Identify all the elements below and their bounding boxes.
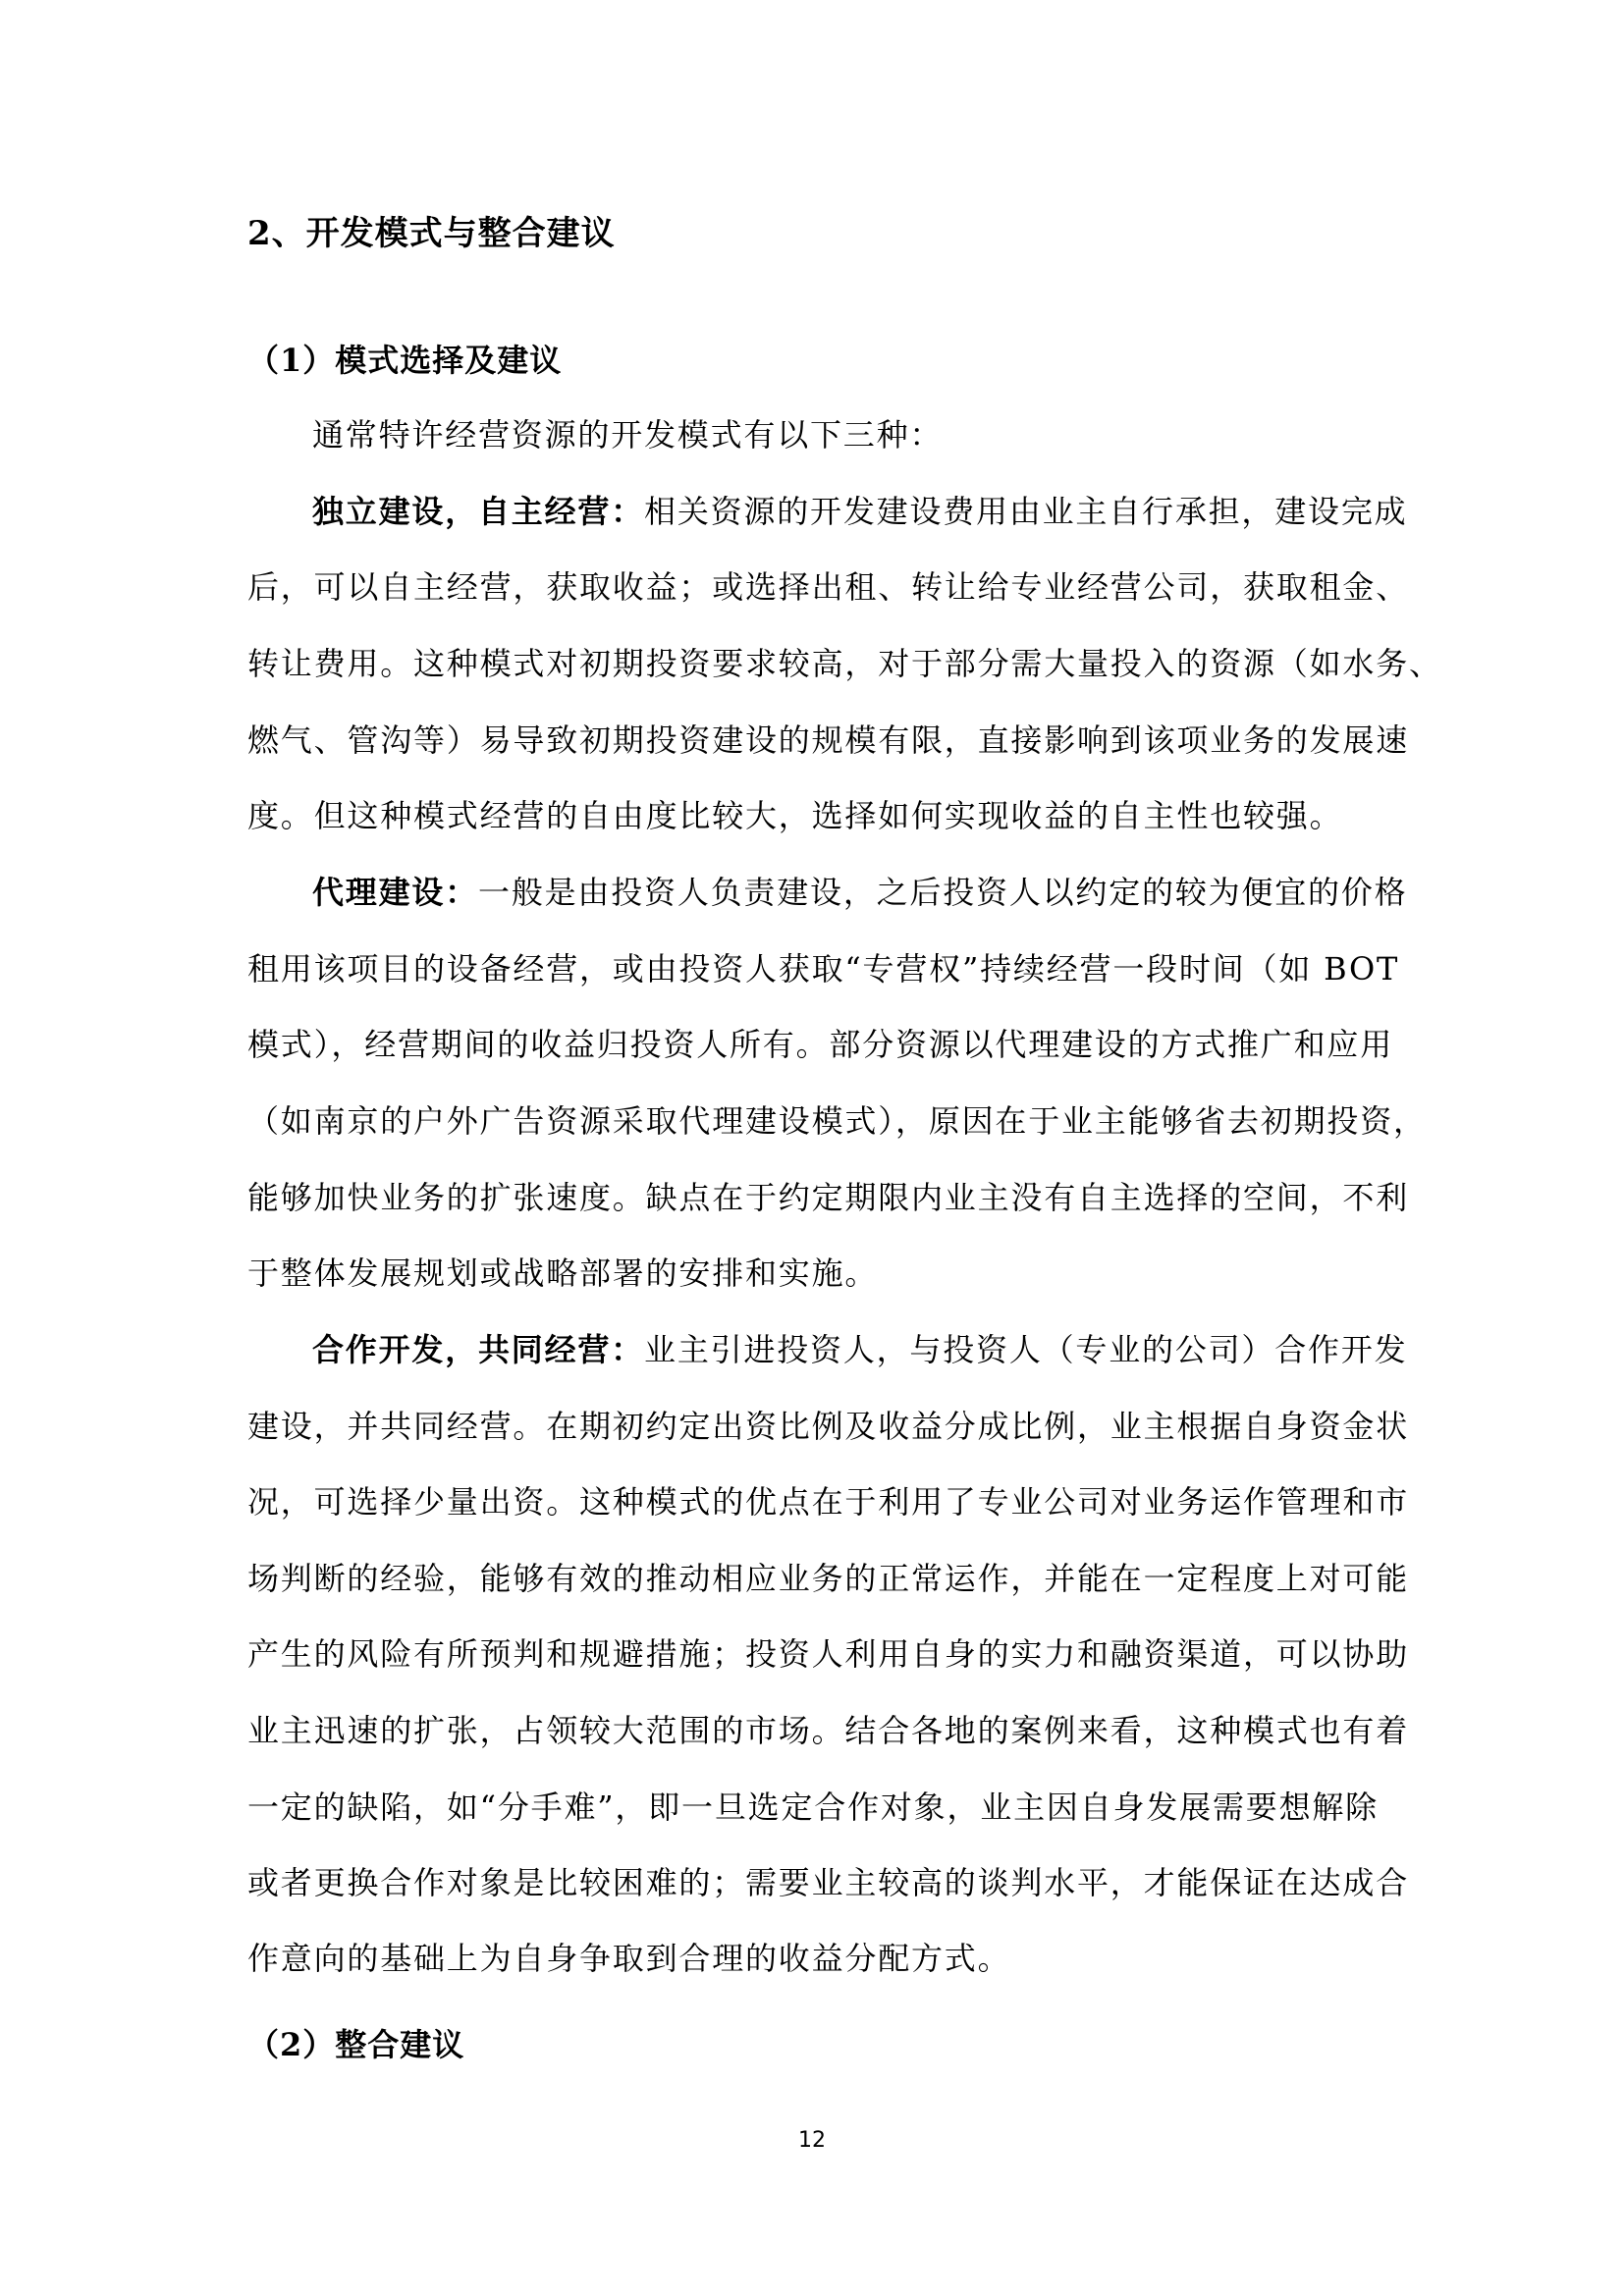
- intro-paragraph: 通常特许经营资源的开发模式有以下三种：: [312, 415, 1379, 454]
- mode-3-line: 业主引进投资人，与投资人（专业的公司）合作开发: [644, 1331, 1407, 1368]
- mode-3-line: 场判断的经验，能够有效的推动相应业务的正常运作，并能在一定程度上对可能: [247, 1559, 1379, 1598]
- document-page: 2、开发模式与整合建议 （1）模式选择及建议 通常特许经营资源的开发模式有以下三…: [0, 0, 1624, 2296]
- mode-1-title: 独立建设，自主经营：: [312, 493, 644, 530]
- mode-3-line: 产生的风险有所预判和规避措施；投资人利用自身的实力和融资渠道，可以协助: [247, 1634, 1379, 1674]
- mode-1-line: 度。但这种模式经营的自由度比较大，选择如何实现收益的自主性也较强。: [247, 796, 1379, 835]
- mode-3-paragraph-first-line: 合作开发，共同经营：业主引进投资人，与投资人（专业的公司）合作开发: [312, 1330, 1379, 1369]
- mode-2-line: 于整体发展规划或战略部署的安排和实施。: [247, 1254, 1379, 1293]
- mode-3-line: 业主迅速的扩张，占领较大范围的市场。结合各地的案例来看，这种模式也有着: [247, 1711, 1379, 1750]
- mode-2-line: 模式），经营期间的收益归投资人所有。部分资源以代理建设的方式推广和应用: [247, 1025, 1379, 1064]
- mode-1-paragraph-first-line: 独立建设，自主经营：相关资源的开发建设费用由业主自行承担，建设完成: [312, 492, 1379, 531]
- mode-2-line: 租用该项目的设备经营，或由投资人获取“专营权”持续经营一段时间（如 BOT: [247, 949, 1379, 988]
- mode-3-line: 建设，并共同经营。在期初约定出资比例及收益分成比例，业主根据自身资金状: [247, 1407, 1379, 1446]
- mode-3-line: 或者更换合作对象是比较困难的；需要业主较高的谈判水平，才能保证在达成合: [247, 1863, 1379, 1902]
- subsection-heading-mode-selection: （1）模式选择及建议: [247, 341, 562, 380]
- mode-2-paragraph-first-line: 代理建设：一般是由投资人负责建设，之后投资人以约定的较为便宜的价格: [312, 873, 1379, 912]
- mode-3-line: 况，可选择少量出资。这种模式的优点在于利用了专业公司对业务运作管理和市: [247, 1482, 1379, 1522]
- mode-1-line: 后，可以自主经营，获取收益；或选择出租、转让给专业经营公司，获取租金、: [247, 567, 1379, 607]
- subsection-heading-integration: （2）整合建议: [247, 2025, 464, 2064]
- mode-3-line: 一定的缺陷，如“分手难”，即一旦选定合作对象，业主因自身发展需要想解除: [247, 1788, 1379, 1827]
- page-number: 12: [0, 2126, 1624, 2156]
- mode-1-line: 相关资源的开发建设费用由业主自行承担，建设完成: [644, 493, 1407, 530]
- mode-3-title: 合作开发，共同经营：: [312, 1331, 644, 1368]
- mode-2-line: （如南京的户外广告资源采取代理建设模式），原因在于业主能够省去初期投资，: [247, 1101, 1379, 1141]
- mode-2-title: 代理建设：: [312, 874, 478, 911]
- mode-2-line: 能够加快业务的扩张速度。缺点在于约定期限内业主没有自主选择的空间，不利: [247, 1178, 1379, 1217]
- mode-1-line: 转让费用。这种模式对初期投资要求较高，对于部分需大量投入的资源（如水务、: [247, 644, 1379, 683]
- mode-2-line: 一般是由投资人负责建设，之后投资人以约定的较为便宜的价格: [478, 874, 1407, 911]
- mode-1-line: 燃气、管沟等）易导致初期投资建设的规模有限，直接影响到该项业务的发展速: [247, 721, 1379, 760]
- section-heading: 2、开发模式与整合建议: [247, 214, 616, 253]
- mode-3-line: 作意向的基础上为自身争取到合理的收益分配方式。: [247, 1939, 1379, 1978]
